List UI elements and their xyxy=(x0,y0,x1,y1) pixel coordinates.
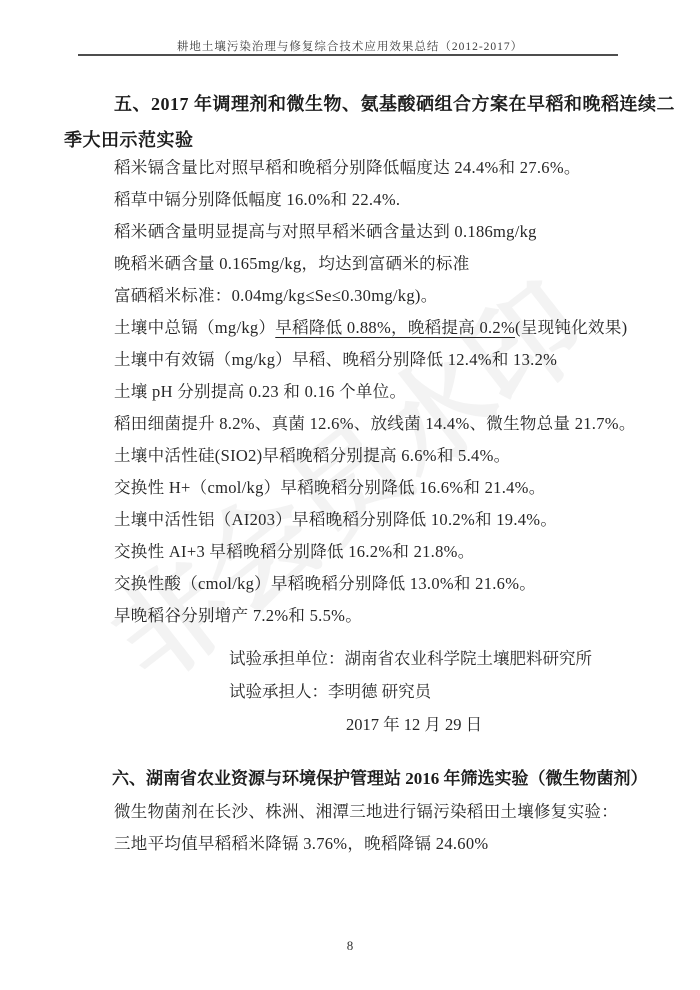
body-line: 晚稻米硒含量 0.165mg/kg，均达到富硒米的标准 xyxy=(64,248,649,280)
section5-heading: 五、2017 年调理剂和微生物、氨基酸硒组合方案在早稻和晚稻连续二 季大田示范实… xyxy=(64,86,649,158)
body-line: 土壤 pH 分别提高 0.23 和 0.16 个单位。 xyxy=(64,376,649,408)
underlined-segment: 早稻降低 0.88%，晚稻提高 0.2% xyxy=(275,318,515,337)
body-line-text: 交换性 AI+3 早稻晚稻分别降低 16.2%和 21.8%。 xyxy=(114,542,475,561)
section5-heading-line1: 五、2017 年调理剂和微生物、氨基酸硒组合方案在早稻和晚稻连续二 xyxy=(64,86,649,122)
body-line-text: 富硒稻米标准：0.04mg/kg≤Se≤0.30mg/kg)。 xyxy=(114,286,438,305)
document-page: 耕地土壤污染治理与修复综合技术应用效果总结（2012-2017） 非会员水印 五… xyxy=(0,0,700,990)
body-line-text: 稻草中镉分别降低幅度 16.0%和 22.4%. xyxy=(114,190,400,209)
body-line: 富硒稻米标准：0.04mg/kg≤Se≤0.30mg/kg)。 xyxy=(64,280,649,312)
body-line: 稻草中镉分别降低幅度 16.0%和 22.4%. xyxy=(64,184,649,216)
body-line-text: 稻米镉含量比对照早稻和晚稻分别降低幅度达 24.4%和 27.6%。 xyxy=(114,158,581,177)
section6-heading: 六、湖南省农业资源与环境保护管理站 2016 年筛选实验（微生物菌剂） xyxy=(64,762,649,796)
signature-block: 试验承担单位：湖南省农业科学院土壤肥料研究所 试验承担人：李明德 研究员 201… xyxy=(64,642,649,741)
body-line-text: 土壤中总镉（mg/kg） xyxy=(114,318,275,337)
signature-date: 2017 年 12 月 29 日 xyxy=(64,708,649,741)
body-line: 土壤中活性硅(SIO2)早稻晚稻分别提高 6.6%和 5.4%。 xyxy=(64,440,649,472)
body-line-text: 晚稻米硒含量 0.165mg/kg，均达到富硒米的标准 xyxy=(114,254,470,273)
body-line: 土壤中有效镉（mg/kg）早稻、晚稻分别降低 12.4%和 13.2% xyxy=(64,344,649,376)
body-line: 稻米硒含量明显提高与对照早稻米硒含量达到 0.186mg/kg xyxy=(64,216,649,248)
body-line: 三地平均值早稻稻米降镉 3.76%，晚稻降镉 24.60% xyxy=(64,828,649,860)
body-line-text: 土壤 pH 分别提高 0.23 和 0.16 个单位。 xyxy=(114,382,406,401)
body-line: 稻田细菌提升 8.2%、真菌 12.6%、放线菌 14.4%、微生物总量 21.… xyxy=(64,408,649,440)
body-line-text: 稻米硒含量明显提高与对照早稻米硒含量达到 0.186mg/kg xyxy=(114,222,537,241)
body-line: 交换性 H+（cmol/kg）早稻晚稻分别降低 16.6%和 21.4%。 xyxy=(64,472,649,504)
body-line-text: 交换性酸（cmol/kg）早稻晚稻分别降低 13.0%和 21.6%。 xyxy=(114,574,536,593)
body-line-text: 早晚稻谷分别增产 7.2%和 5.5%。 xyxy=(114,606,362,625)
body-line: 交换性酸（cmol/kg）早稻晚稻分别降低 13.0%和 21.6%。 xyxy=(64,568,649,600)
body-line: 土壤中总镉（mg/kg）早稻降低 0.88%，晚稻提高 0.2%(呈现钝化效果) xyxy=(64,312,649,344)
section5-body: 稻米镉含量比对照早稻和晚稻分别降低幅度达 24.4%和 27.6%。稻草中镉分别… xyxy=(64,152,649,632)
signature-person: 试验承担人：李明德 研究员 xyxy=(64,675,649,708)
body-line-text: 交换性 H+（cmol/kg）早稻晚稻分别降低 16.6%和 21.4%。 xyxy=(114,478,546,497)
body-line: 早晚稻谷分别增产 7.2%和 5.5%。 xyxy=(64,600,649,632)
body-line: 稻米镉含量比对照早稻和晚稻分别降低幅度达 24.4%和 27.6%。 xyxy=(64,152,649,184)
signature-unit: 试验承担单位：湖南省农业科学院土壤肥料研究所 xyxy=(64,642,649,675)
body-line: 微生物菌剂在长沙、株洲、湘潭三地进行镉污染稻田土壤修复实验： xyxy=(64,796,649,828)
body-line-text: 稻田细菌提升 8.2%、真菌 12.6%、放线菌 14.4%、微生物总量 21.… xyxy=(114,414,636,433)
page-number: 8 xyxy=(0,938,700,954)
body-line: 交换性 AI+3 早稻晚稻分别降低 16.2%和 21.8%。 xyxy=(64,536,649,568)
body-line-text: 土壤中活性铝（AI203）早稻晚稻分别降低 10.2%和 19.4%。 xyxy=(114,510,557,529)
section6-body: 微生物菌剂在长沙、株洲、湘潭三地进行镉污染稻田土壤修复实验：三地平均值早稻稻米降… xyxy=(64,796,649,860)
document-content: 五、2017 年调理剂和微生物、氨基酸硒组合方案在早稻和晚稻连续二 季大田示范实… xyxy=(64,0,649,860)
body-line: 土壤中活性铝（AI203）早稻晚稻分别降低 10.2%和 19.4%。 xyxy=(64,504,649,536)
body-line-suffix: (呈现钝化效果) xyxy=(515,318,627,337)
body-line-text: 土壤中活性硅(SIO2)早稻晚稻分别提高 6.6%和 5.4%。 xyxy=(114,446,510,465)
body-line-text: 土壤中有效镉（mg/kg）早稻、晚稻分别降低 12.4%和 13.2% xyxy=(114,350,557,369)
